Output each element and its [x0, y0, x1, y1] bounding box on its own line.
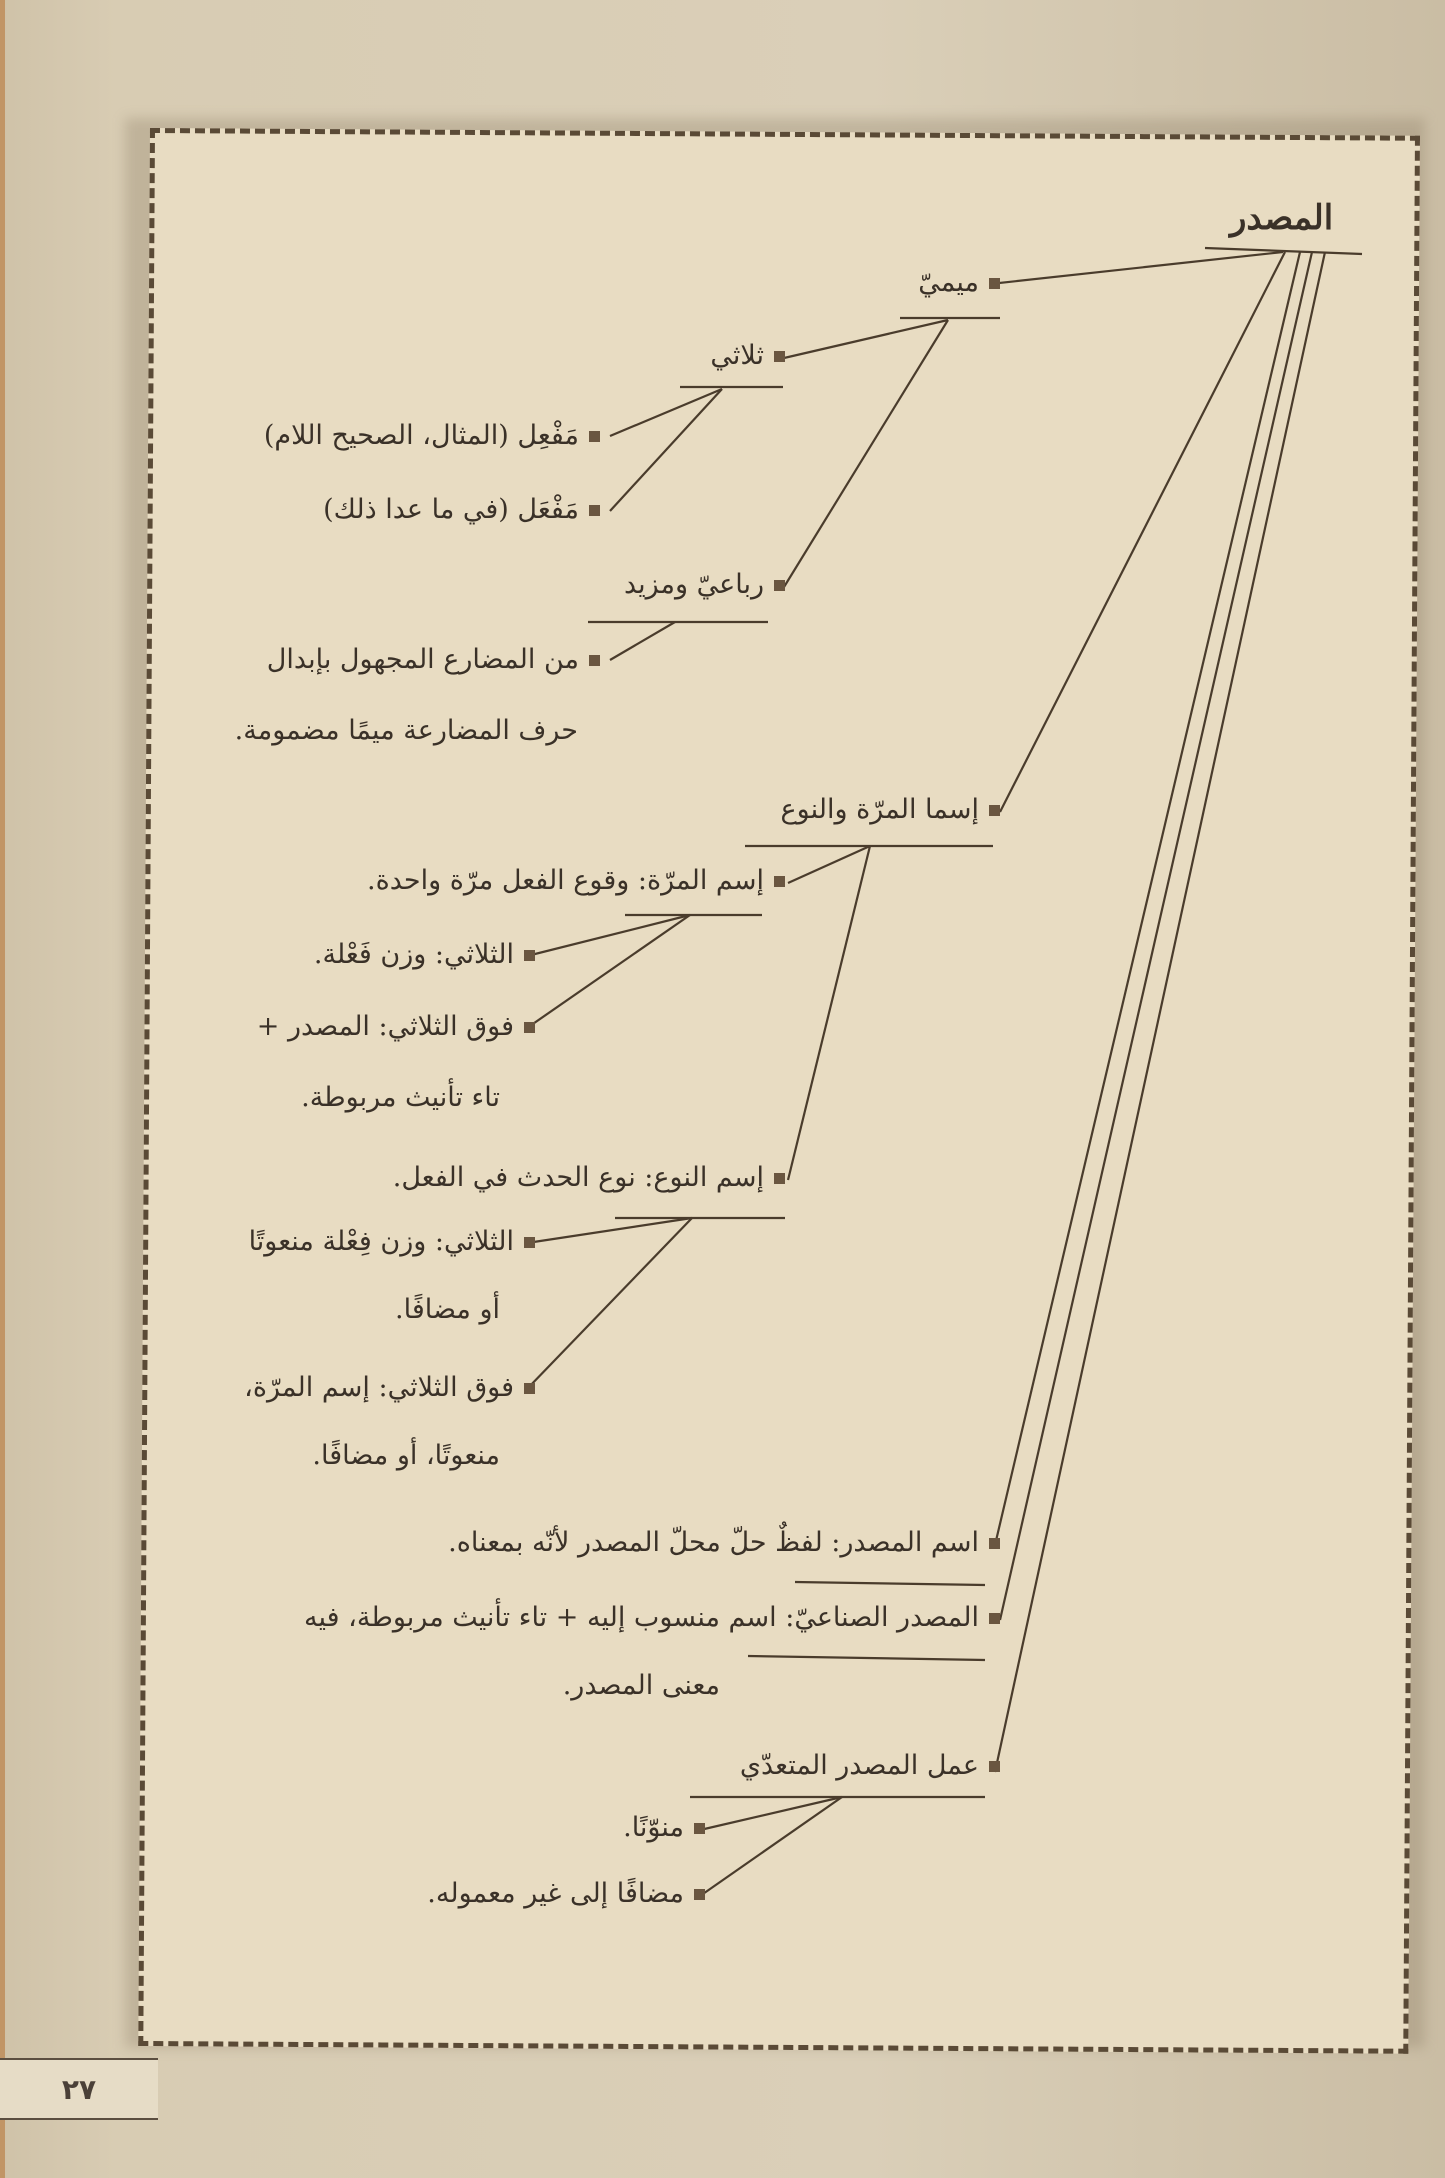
node-label: إسم النوع: نوع الحدث في الفعل. — [393, 1162, 764, 1193]
branch-label: اسم المصدر: لفظٌ حلّ محلّ المصدر لأنّه ب… — [448, 1527, 979, 1558]
square-bullet-icon — [524, 1237, 535, 1248]
leaf-munawwan: منوّنًا. — [623, 1810, 705, 1845]
square-bullet-icon — [989, 1538, 1000, 1549]
leaf-marra-thulathi: الثلاثي: وزن فَعْلة. — [314, 937, 535, 972]
square-bullet-icon — [524, 1383, 535, 1394]
square-bullet-icon — [694, 1823, 705, 1834]
square-bullet-icon — [989, 278, 1000, 289]
square-bullet-icon — [589, 655, 600, 666]
square-bullet-icon — [989, 1761, 1000, 1772]
node-label: رباعيّ ومزيد — [624, 569, 764, 600]
leaf-label: الثلاثي: وزن فَعْلة. — [314, 939, 514, 970]
page-number: ٢٧ — [0, 2058, 158, 2120]
node-label: إسم المرّة: وقوع الفعل مرّة واحدة. — [367, 865, 764, 896]
root-node-masdar: المصدر — [1230, 196, 1333, 240]
square-bullet-icon — [774, 580, 785, 591]
branch-marra-naw: إسما المرّة والنوع — [781, 792, 1000, 827]
leaf-label: فوق الثلاثي: إسم المرّة، — [244, 1372, 514, 1403]
node-rubai: رباعيّ ومزيد — [624, 567, 785, 602]
page-number-label: ٢٧ — [62, 2073, 96, 2106]
square-bullet-icon — [694, 1889, 705, 1900]
square-bullet-icon — [774, 876, 785, 887]
leaf-mudari-majhul: من المضارع المجهول بإبدال — [267, 642, 600, 677]
leaf-continuation: حرف المضارعة ميمًا مضمومة. — [235, 715, 578, 746]
node-thulathi: ثلاثي — [710, 338, 785, 373]
leaf-continuation: أو مضافًا. — [395, 1294, 500, 1325]
branch-continuation: معنى المصدر. — [563, 1670, 720, 1701]
square-bullet-icon — [774, 351, 785, 362]
branch-label: عمل المصدر المتعدّي — [740, 1750, 979, 1781]
branch-label: إسما المرّة والنوع — [781, 794, 979, 825]
leaf-label: مَفْعِل (المثال، الصحيح اللام) — [264, 420, 579, 451]
node-ism-marra: إسم المرّة: وقوع الفعل مرّة واحدة. — [367, 863, 785, 898]
leaf-continuation: منعوتًا، أو مضافًا. — [312, 1440, 500, 1471]
branch-sinai: المصدر الصناعيّ: اسم منسوب إليه + تاء تأ… — [304, 1600, 1000, 1635]
square-bullet-icon — [524, 1022, 535, 1033]
leaf-label: مَفْعَل (في ما عدا ذلك) — [323, 494, 579, 525]
leaf-continuation: تاء تأنيث مربوطة. — [301, 1082, 500, 1113]
leaf-mafal: مَفْعَل (في ما عدا ذلك) — [323, 492, 600, 527]
book-edge — [0, 0, 5, 2178]
leaf-mafil: مَفْعِل (المثال، الصحيح اللام) — [264, 418, 600, 453]
leaf-label: مضافًا إلى غير معموله. — [427, 1878, 684, 1909]
leaf-label: الثلاثي: وزن فِعْلة منعوتًا — [249, 1226, 514, 1257]
leaf-naw-fawq: فوق الثلاثي: إسم المرّة، — [244, 1370, 535, 1405]
square-bullet-icon — [589, 431, 600, 442]
square-bullet-icon — [774, 1173, 785, 1184]
square-bullet-icon — [589, 505, 600, 516]
square-bullet-icon — [989, 1613, 1000, 1624]
square-bullet-icon — [989, 805, 1000, 816]
leaf-label: من المضارع المجهول بإبدال — [267, 644, 579, 675]
root-label: المصدر — [1230, 198, 1333, 238]
leaf-mudafan: مضافًا إلى غير معموله. — [427, 1876, 705, 1911]
leaf-marra-fawq: فوق الثلاثي: المصدر + — [257, 1009, 535, 1044]
branch-label: ميميّ — [918, 267, 979, 298]
branch-mimi: ميميّ — [918, 265, 1000, 300]
leaf-naw-thulathi: الثلاثي: وزن فِعْلة منعوتًا — [249, 1224, 535, 1259]
square-bullet-icon — [524, 950, 535, 961]
node-ism-naw: إسم النوع: نوع الحدث في الفعل. — [393, 1160, 785, 1195]
branch-label: المصدر الصناعيّ: اسم منسوب إليه + تاء تأ… — [304, 1602, 979, 1633]
node-label: ثلاثي — [710, 340, 764, 371]
branch-ism-masdar: اسم المصدر: لفظٌ حلّ محلّ المصدر لأنّه ب… — [448, 1525, 1000, 1560]
leaf-label: منوّنًا. — [623, 1812, 684, 1843]
branch-amal: عمل المصدر المتعدّي — [740, 1748, 1000, 1783]
leaf-label: فوق الثلاثي: المصدر + — [257, 1011, 514, 1042]
